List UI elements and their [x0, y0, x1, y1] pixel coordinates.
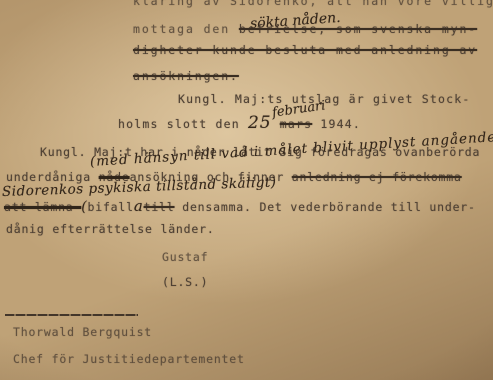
scribbled-text: att lämna [4, 200, 81, 214]
typed-text: bifall [88, 200, 134, 214]
handwritten-letter-a: a [134, 197, 144, 215]
typed-text: holms slott den [118, 117, 248, 131]
struck-text: befrielse, som svenska myn- [239, 22, 477, 36]
signature-rule-line [5, 314, 138, 316]
struck-text: anledning ej förekomma [292, 170, 462, 184]
typed-line-top-cut: klaring av Sidorenko, att han vore villi… [133, 0, 493, 8]
typed-year: 1944. [320, 117, 361, 131]
handwritten-day-25: 25 [248, 113, 272, 133]
typed-line-digheter-struck: digheter kunde besluta med anledning av [133, 44, 477, 57]
typed-line-mottaga: mottaga den befrielse, som svenska myn- [133, 23, 477, 36]
typed-text: densamma. Det vederbörande till under- [175, 200, 476, 214]
typed-line-bifall: att lämna (bifallatill densamma. Det ved… [4, 200, 476, 214]
signature-gustaf: Gustaf [162, 251, 208, 264]
seal-mark-ls: (L.S.) [162, 276, 208, 289]
document-photograph: klaring av Sidorenko, att han vore villi… [0, 0, 493, 380]
countersignature-name: Thorwald Bergquist [13, 326, 152, 339]
typed-text: mottaga den [133, 22, 239, 36]
typed-line-ansokningen-struck: ansökningen. [133, 70, 239, 83]
struck-text: till [144, 200, 175, 214]
countersignature-title: Chef för Justitiedepartementet [13, 353, 245, 366]
typed-line-efterrattelse: dånig efterrättelse länder. [6, 223, 215, 236]
typed-line-date: holms slott den 25 mars 1944. [118, 117, 361, 131]
struck-month-mars: mars [280, 117, 313, 131]
